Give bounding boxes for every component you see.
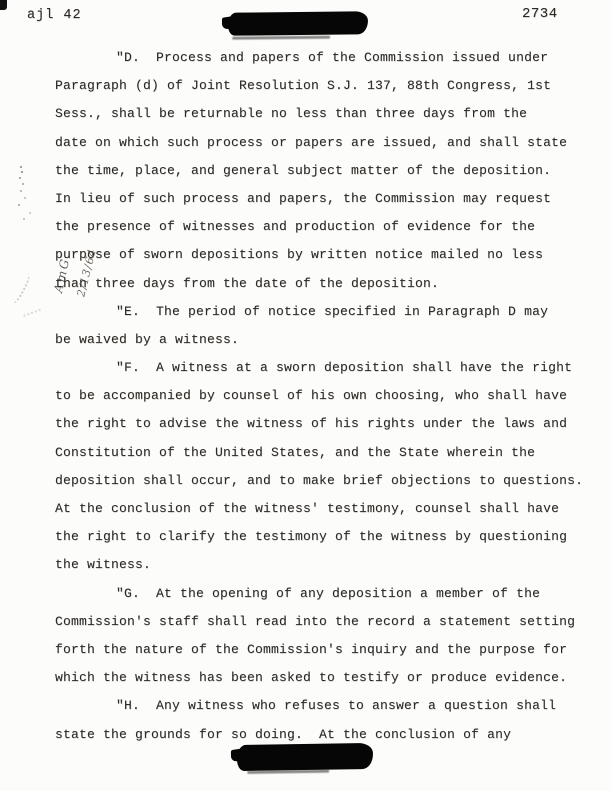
text-line: date on which such process or papers are… xyxy=(55,129,585,157)
text-line: "F. A witness at a sworn deposition shal… xyxy=(55,354,585,382)
text-lines: "D. Process and papers of the Commission… xyxy=(55,44,585,749)
text-line: the time, place, and general subject mat… xyxy=(55,157,585,185)
text-line: the right to advise the witness of his r… xyxy=(55,410,585,438)
text-line: than three days from the date of the dep… xyxy=(55,270,585,298)
pencil-scribble xyxy=(21,303,41,317)
text-line: In lieu of such process and papers, the … xyxy=(55,185,585,213)
text-line: purpose of sworn depositions by written … xyxy=(55,241,585,269)
pencil-scribble xyxy=(6,270,33,306)
redaction-bar-top xyxy=(228,11,368,35)
text-line: Commission's staff shall read into the r… xyxy=(55,608,585,636)
typist-id: ajl 42 xyxy=(27,8,82,23)
text-line: At the conclusion of the witness' testim… xyxy=(55,495,585,523)
scan-artifact-corner xyxy=(0,0,7,10)
text-line: deposition shall occur, and to make brie… xyxy=(55,467,585,495)
text-line: Sess., shall be returnable no less than … xyxy=(55,100,585,128)
text-line: to be accompanied by counsel of his own … xyxy=(55,382,585,410)
text-line: the witness. xyxy=(55,551,585,579)
text-line: "H. Any witness who refuses to answer a … xyxy=(55,692,585,720)
scanned-document-page: ajl 42 2734 AmG 2/13/64 "D. Process and … xyxy=(0,0,612,791)
text-line: be waived by a witness. xyxy=(55,326,585,354)
text-line: which the witness has been asked to test… xyxy=(55,664,585,692)
text-line: Constitution of the United States, and t… xyxy=(55,439,585,467)
text-line: "E. The period of notice specified in Pa… xyxy=(55,298,585,326)
text-line: "D. Process and papers of the Commission… xyxy=(55,44,585,72)
page-number: 2734 xyxy=(522,6,558,22)
redaction-bar-bottom xyxy=(237,743,373,771)
text-line: forth the nature of the Commission's inq… xyxy=(55,636,585,664)
text-line: "G. At the opening of any deposition a m… xyxy=(55,580,585,608)
text-line: the presence of witnesses and production… xyxy=(55,213,585,241)
text-line: the right to clarify the testimony of th… xyxy=(55,523,585,551)
text-line: Paragraph (d) of Joint Resolution S.J. 1… xyxy=(55,72,585,100)
scan-speckles xyxy=(20,166,22,168)
